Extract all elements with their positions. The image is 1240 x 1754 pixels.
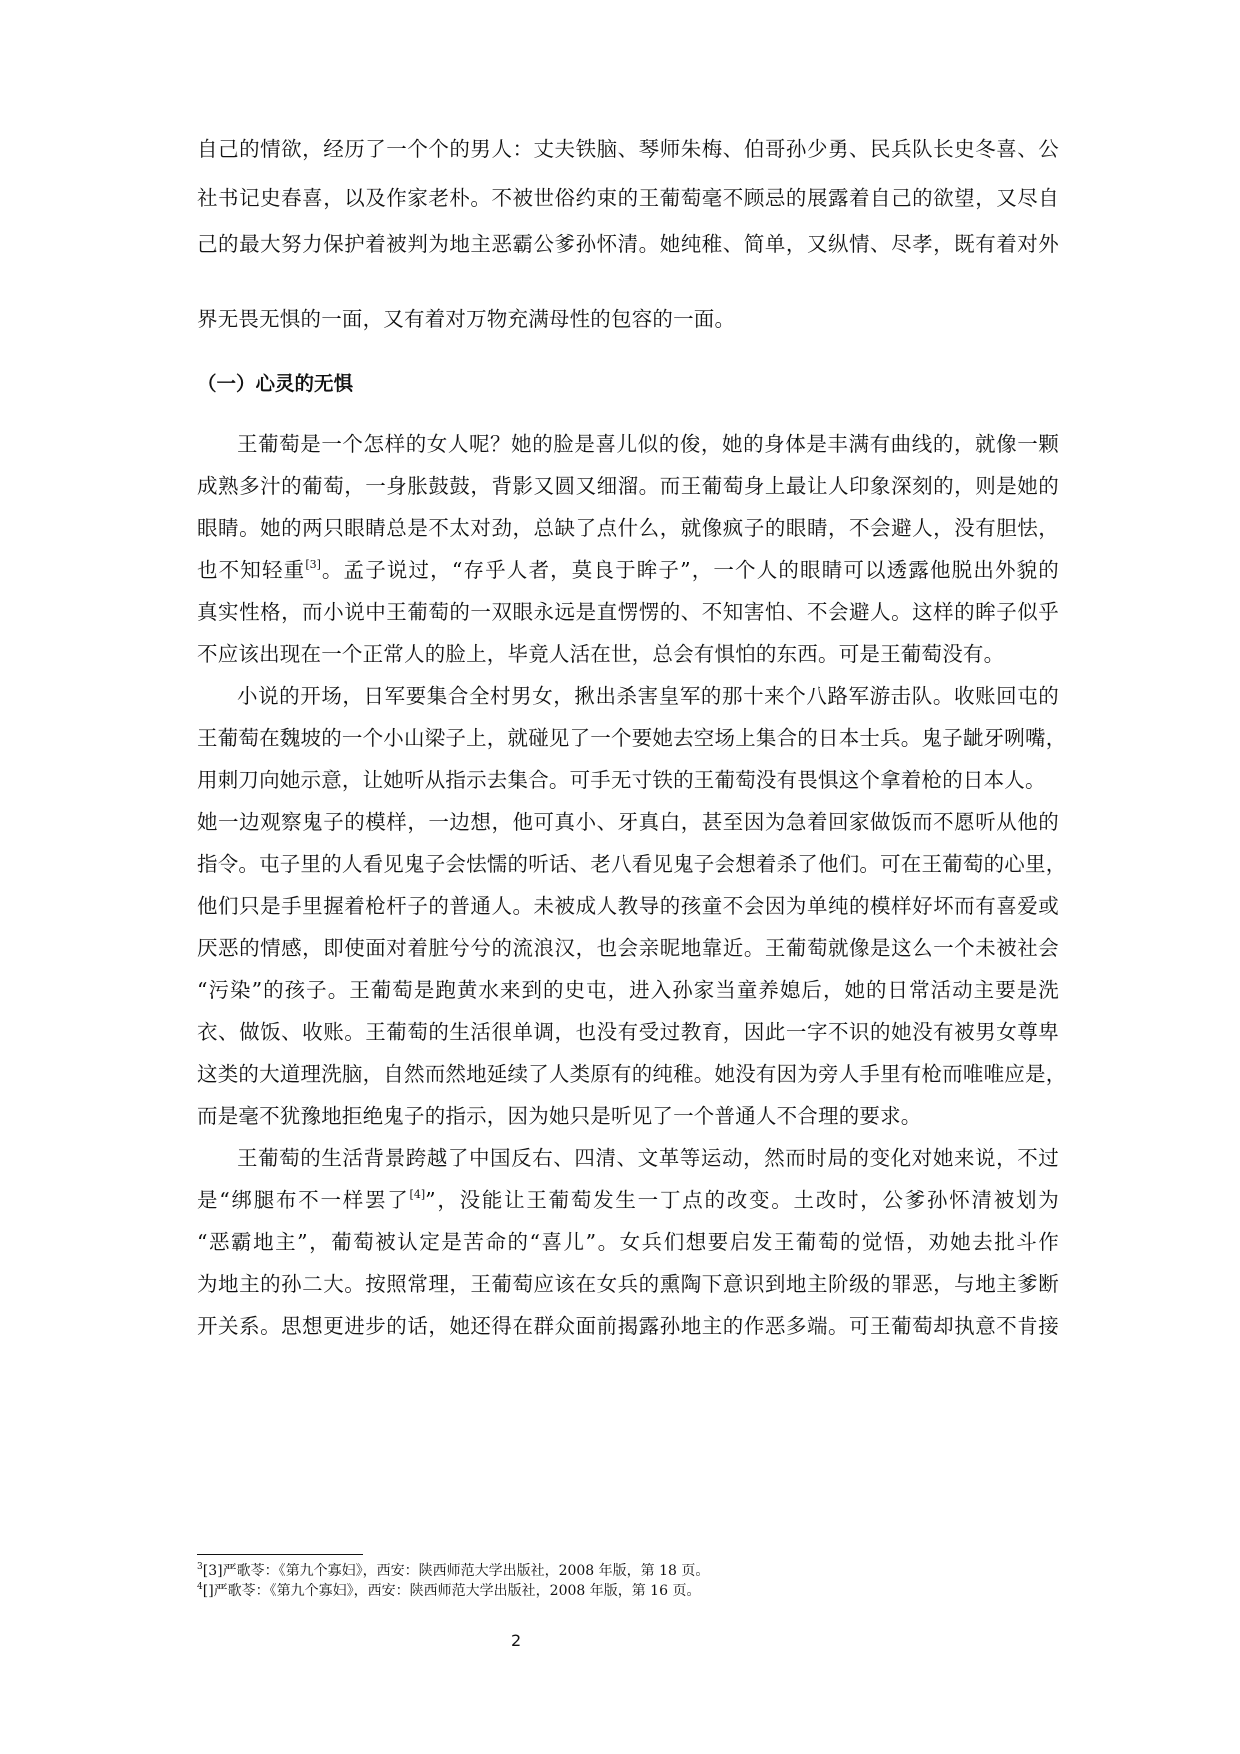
text-segment: 。孟子说过，“存乎人者，莫良于眸子”，一个人的眼睛可以透露他脱出外貌的 xyxy=(321,558,1059,582)
body-text-line: 成熟多汁的葡萄，一身胀鼓鼓，背影又圆又细溜。而王葡萄身上最让人印象深刻的，则是她… xyxy=(197,472,1059,500)
page-number: 2 xyxy=(511,1631,521,1651)
text-segment: ”，没能让王葡萄发生一丁点的改变。土改时，公爹孙怀清被划为 xyxy=(425,1188,1059,1212)
body-text-line: 真实性格，而小说中王葡萄的一双眼永远是直愣愣的、不知害怕、不会避人。这样的眸子似… xyxy=(197,598,1059,626)
body-text-line: 他们只是手里握着枪杆子的普通人。未被成人教导的孩童不会因为单纯的模样好坏而有喜爱… xyxy=(197,892,1059,920)
body-text-line: 己的最大努力保护着被判为地主恶霸公爹孙怀清。她纯稚、简单，又纵情、尽孝，既有着对… xyxy=(197,230,1059,258)
body-text-line: “恶霸地主”，葡萄被认定是苦命的“喜儿”。女兵们想要启发王葡萄的觉悟，劝她去批斗… xyxy=(197,1228,1059,1256)
footnote-4: 4[]严歌苓：《第九个寡妇》，西安：陕西师范大学出版社，2008 年版，第 16… xyxy=(197,1582,700,1600)
body-text-line: 王葡萄的生活背景跨越了中国反右、四清、文革等运动，然而时局的变化对她来说，不过 xyxy=(237,1144,1059,1172)
body-text-line: 社书记史春喜，以及作家老朴。不被世俗约束的王葡萄毫不顾忌的展露着自己的欲望，又尽… xyxy=(197,184,1059,212)
text-segment: 是“绑腿布不一样罢了 xyxy=(197,1188,410,1212)
citation-ref-3[interactable]: [3] xyxy=(305,558,321,571)
body-text-line: 而是毫不犹豫地拒绝鬼子的指示，因为她只是听见了一个普通人不合理的要求。 xyxy=(197,1102,1059,1130)
document-page: 自己的情欲，经历了一个个的男人：丈夫铁脑、琴师朱梅、伯哥孙少勇、民兵队长史冬喜、… xyxy=(0,0,1240,1754)
footnote-3: 3[3]严歌苓：《第九个寡妇》，西安：陕西师范大学出版社，2008 年版，第 1… xyxy=(197,1562,709,1580)
body-text-line: 开关系。思想更进步的话，她还得在群众面前揭露孙地主的作恶多端。可王葡萄却执意不肯… xyxy=(197,1312,1059,1340)
body-text-line: 用刺刀向她示意，让她听从指示去集合。可手无寸铁的王葡萄没有畏惧这个拿着枪的日本人… xyxy=(197,766,1059,794)
citation-ref-4[interactable]: [4] xyxy=(410,1188,426,1201)
body-text-line: 眼睛。她的两只眼睛总是不太对劲，总缺了点什么，就像疯子的眼睛，不会避人，没有胆怯… xyxy=(197,514,1059,542)
body-text-line: 衣、做饭、收账。王葡萄的生活很单调，也没有受过教育，因此一字不识的她没有被男女尊… xyxy=(197,1018,1059,1046)
body-text-line: 小说的开场，日军要集合全村男女，揪出杀害皇军的那十来个八路军游击队。收账回屯的 xyxy=(237,682,1059,710)
body-text-line: “污染”的孩子。王葡萄是跑黄水来到的史屯，进入孙家当童养媳后，她的日常活动主要是… xyxy=(197,976,1059,1004)
body-text-line: 指令。屯子里的人看见鬼子会怯懦的听话、老八看见鬼子会想着杀了他们。可在王葡萄的心… xyxy=(197,850,1059,878)
body-text-line-with-citation: 是“绑腿布不一样罢了[4]”，没能让王葡萄发生一丁点的改变。土改时，公爹孙怀清被… xyxy=(197,1186,1059,1214)
section-heading: （一）心灵的无惧 xyxy=(197,370,353,398)
body-text-line: 自己的情欲，经历了一个个的男人：丈夫铁脑、琴师朱梅、伯哥孙少勇、民兵队长史冬喜、… xyxy=(197,135,1059,163)
footnote-text: []严歌苓：《第九个寡妇》，西安：陕西师范大学出版社，2008 年版，第 16 … xyxy=(203,1583,701,1599)
body-text-line: 不应该出现在一个正常人的脸上，毕竟人活在世，总会有惧怕的东西。可是王葡萄没有。 xyxy=(197,640,1059,668)
body-text-line: 厌恶的情感，即使面对着脏兮兮的流浪汉，也会亲昵地靠近。王葡萄就像是这么一个未被社… xyxy=(197,934,1059,962)
body-text-line: 这类的大道理洗脑，自然而然地延续了人类原有的纯稚。她没有因为旁人手里有枪而唯唯应… xyxy=(197,1060,1059,1088)
text-segment: 也不知轻重 xyxy=(197,558,305,582)
body-text-line-with-citation: 也不知轻重[3]。孟子说过，“存乎人者，莫良于眸子”，一个人的眼睛可以透露他脱出… xyxy=(197,556,1059,584)
body-text-line: 王葡萄是一个怎样的女人呢？她的脸是喜儿似的俊，她的身体是丰满有曲线的，就像一颗 xyxy=(237,430,1059,458)
body-text-line: 王葡萄在魏坡的一个小山梁子上，就碰见了一个要她去空场上集合的日本士兵。鬼子龇牙咧… xyxy=(197,724,1059,752)
footnote-text: [3]严歌苓：《第九个寡妇》，西安：陕西师范大学出版社，2008 年版，第 18… xyxy=(203,1563,710,1579)
body-text-line: 为地主的孙二大。按照常理，王葡萄应该在女兵的熏陶下意识到地主阶级的罪恶，与地主爹… xyxy=(197,1270,1059,1298)
body-text-line: 界无畏无惧的一面，又有着对万物充满母性的包容的一面。 xyxy=(197,305,1059,333)
footnote-separator xyxy=(197,1554,363,1555)
body-text-line: 她一边观察鬼子的模样，一边想，他可真小、牙真白，甚至因为急着回家做饭而不愿听从他… xyxy=(197,808,1059,836)
